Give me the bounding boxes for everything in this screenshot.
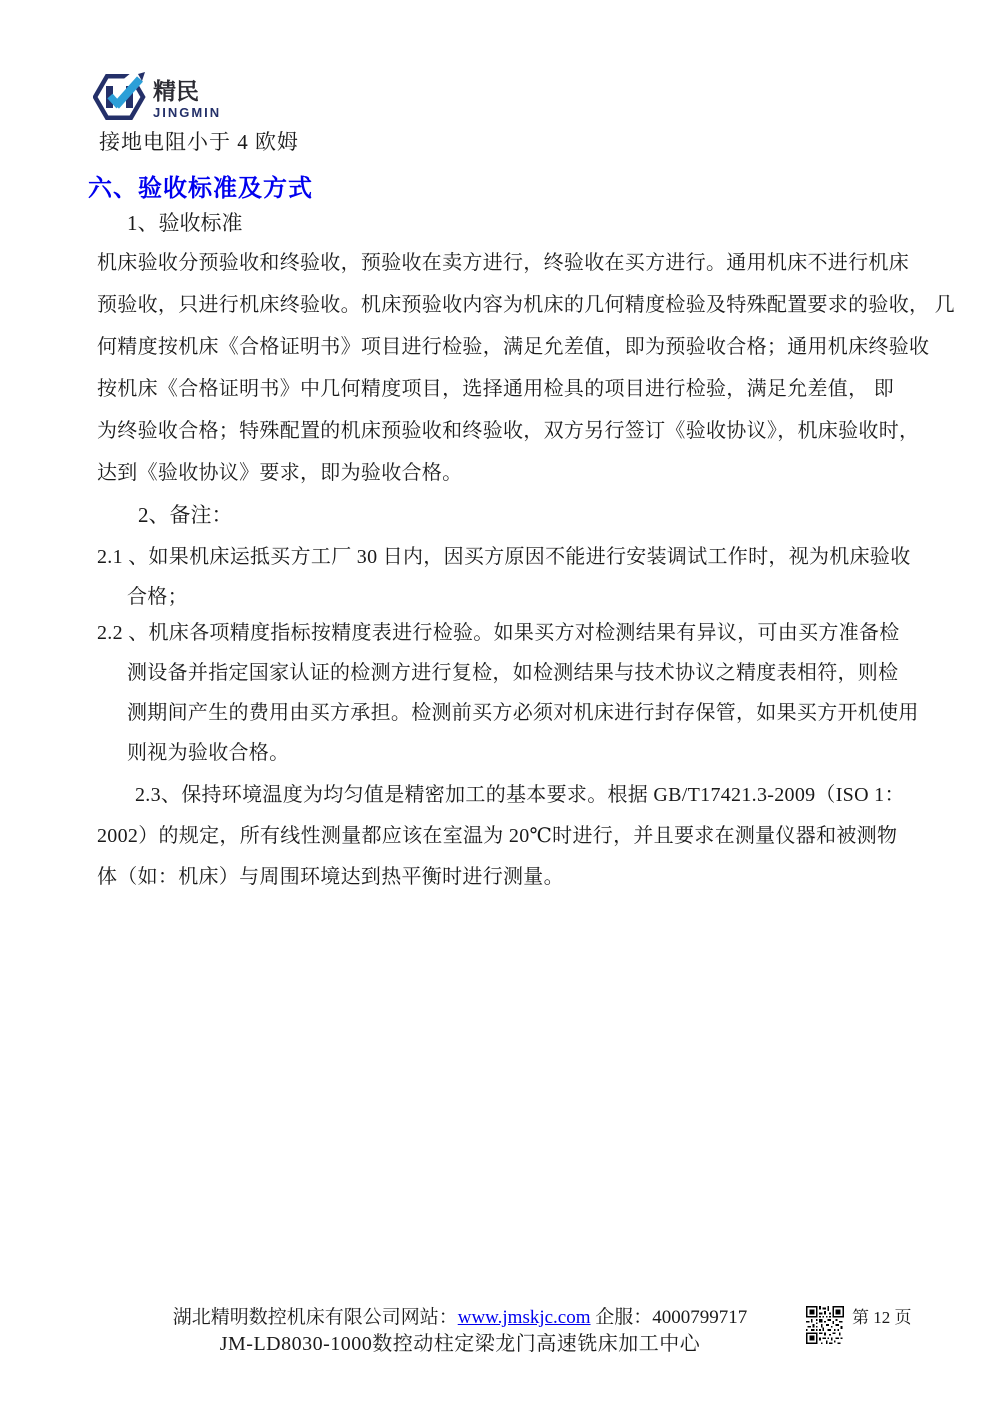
paragraph-line: 按机床《合格证明书》中几何精度项目，选择通用检具的项目进行检验，满足允差值， 即 [97,368,955,410]
remark-2-3: 2.3、保持环境温度为均匀值是精密加工的基本要求。根据 GB/T17421.3-… [97,775,905,898]
remark-line: 测期间产生的费用由买方承担。检测前买方必须对机床进行封存保管，如果买方开机使用 [127,693,919,733]
paragraph-line: 为终验收合格；特殊配置的机床预验收和终验收，双方另行签订《验收协议》，机床验收时… [97,410,955,452]
document-page: 精民 JINGMIN 接地电阻小于 4 欧姆 六、验收标准及方式 1、验收标准 … [0,0,1000,1417]
website-link[interactable]: www.jmskjc.com [458,1307,591,1328]
paragraph-line: 达到《验收协议》要求，即为验收合格。 [97,452,955,494]
logo-brand-cn: 精民 [153,78,199,104]
page-footer: 湖北精明数控机床有限公司网站：www.jmskjc.com 企服：4000799… [0,1304,920,1358]
section-heading: 六、验收标准及方式 [88,172,313,206]
remark-line: 合格； [127,577,911,617]
footer-company-line: 湖北精明数控机床有限公司网站：www.jmskjc.com 企服：4000799… [0,1304,920,1331]
acceptance-standard-paragraph: 机床验收分预验收和终验收，预验收在卖方进行，终验收在买方进行。通用机床不进行机床… [97,242,955,494]
footer-product-line: JM-LD8030-1000数控动柱定梁龙门高速铣床加工中心 [0,1331,920,1358]
paragraph-line: 何精度按机床《合格证明书》项目进行检验，满足允差值，即为预验收合格；通用机床终验… [97,326,955,368]
footer-company-text: 湖北精明数控机床有限公司网站： [173,1307,458,1328]
paragraph-line: 机床验收分预验收和终验收，预验收在卖方进行，终验收在买方进行。通用机床不进行机床 [97,242,955,284]
logo-hexagon-icon: 精民 JINGMIN [93,72,243,128]
page-number: 第 12 页 [852,1306,912,1330]
remark-line: 2.3、保持环境温度为均匀值是精密加工的基本要求。根据 GB/T17421.3-… [135,775,905,816]
logo-brand-en: JINGMIN [153,105,221,120]
qr-code-icon [806,1306,844,1344]
subsection-1-title: 1、验收标准 [127,208,243,238]
remark-2-2: 2.2 、机床各项精度指标按精度表进行检验。如果买方对检测结果有异议，可由买方准… [97,613,919,773]
remark-2-1: 2.1 、如果机床运抵买方工厂 30 日内，因买方原因不能进行安装调试工作时，视… [97,537,911,617]
lead-text: 接地电阻小于 4 欧姆 [99,128,299,156]
subsection-2-title: 2、备注： [138,500,233,530]
remark-line: 体（如：机床）与周围环境达到热平衡时进行测量。 [97,857,905,898]
remark-line: 2002）的规定，所有线性测量都应该在室温为 20℃时进行，并且要求在测量仪器和… [97,816,905,857]
footer-service-text: 企服：4000799717 [591,1307,748,1328]
remark-line: 2.2 、机床各项精度指标按精度表进行检验。如果买方对检测结果有异议，可由买方准… [97,613,919,653]
remark-line: 则视为验收合格。 [127,733,919,773]
remark-line: 测设备并指定国家认证的检测方进行复检，如检测结果与技术协议之精度表相符，则检 [127,653,919,693]
remark-line: 2.1 、如果机床运抵买方工厂 30 日内，因买方原因不能进行安装调试工作时，视… [97,537,911,577]
company-logo: 精民 JINGMIN [93,72,243,128]
paragraph-line: 预验收，只进行机床终验收。机床预验收内容为机床的几何精度检验及特殊配置要求的验收… [97,284,955,326]
